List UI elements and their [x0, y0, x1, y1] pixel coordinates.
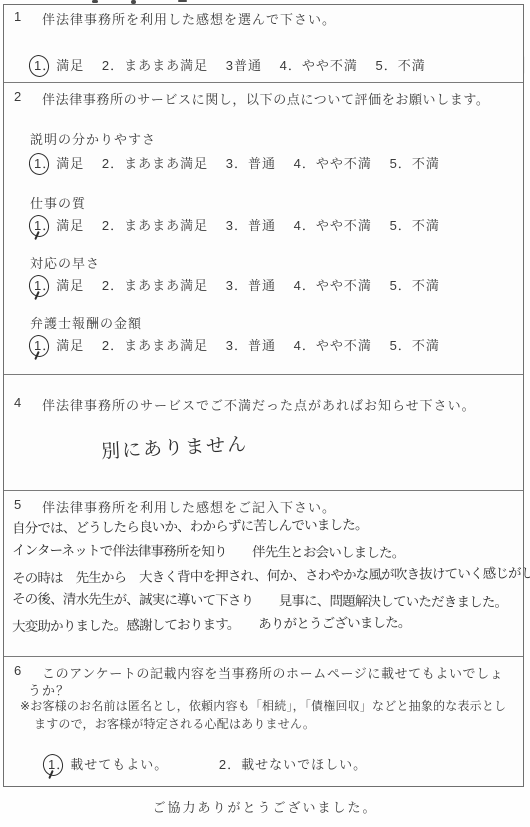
q5-handwritten-line-2: インターネットで伴法律事務所を知り 伴先生とお会いしました。	[12, 539, 405, 562]
q1-option-3-label: 普通	[234, 58, 262, 73]
q1-option-2-label: まあまあ満足	[124, 58, 208, 73]
number: 3	[226, 278, 234, 293]
q1-option-2-number: 2	[102, 58, 110, 73]
question-4-row: 4 伴法律事務所のサービスでご不満だった点があればお知らせ下さい。 別にありませ…	[4, 375, 523, 491]
scanned-survey-page: 1 伴法律事務所を利用した感想を選んで下さい。 1．満足 2．まあまあ満足 3普…	[0, 0, 530, 827]
label: やや不満	[316, 338, 372, 353]
q2-item-3-options: 1．満足 2．まあまあ満足 3．普通 4．やや不満 5．不満	[34, 275, 453, 294]
question-2-row: 2 伴法律事務所のサービスに関し，以下の点について評価をお願いします。 説明の分…	[4, 83, 523, 375]
q2-item-2-option-1: 1．満足	[34, 215, 84, 234]
sep: ．	[302, 156, 316, 171]
question-2-header: 2 伴法律事務所のサービスに関し，以下の点について評価をお願いします。	[14, 89, 490, 108]
sep: ．	[234, 156, 248, 171]
number: 2	[102, 338, 110, 353]
number: 4	[294, 278, 302, 293]
q4-handwritten-answer: 別にありません	[100, 429, 248, 464]
number: 2	[102, 218, 110, 233]
q2-item-3-option-3: 3．普通	[226, 275, 276, 294]
label: 満足	[56, 338, 84, 353]
question-2-number: 2	[14, 89, 42, 108]
q2-item-2-option-1-number-with-selection-circle: 1	[34, 218, 42, 233]
number: 5	[390, 218, 398, 233]
sep: ．	[227, 757, 241, 772]
q6-note-line2: ますので，お客様が特定される心配はありません。	[34, 715, 315, 732]
sep: ．	[398, 278, 412, 293]
question-5-number: 5	[14, 497, 42, 516]
page-edge-fragment	[178, 0, 187, 2]
q5-handwritten-line-4: その後、清水先生が、誠実に導いて下さり 見事に、問題解決していただきました。	[12, 587, 507, 610]
page-edge-fragment	[92, 0, 98, 3]
q6-option-1-number-with-selection-circle: 1	[48, 757, 56, 772]
sep: ．	[110, 338, 124, 353]
q2-item-4-option-4: 4．やや不満	[294, 335, 372, 354]
question-4-number: 4	[14, 395, 42, 414]
label: まあまあ満足	[124, 156, 208, 171]
q2-item-1-option-1-number-with-selection-circle: 1	[34, 156, 42, 171]
q2-item-3-option-1: 1．満足	[34, 275, 84, 294]
q1-option-4: 4．やや不満	[280, 55, 358, 74]
label: 普通	[248, 218, 276, 233]
question-2-title: 伴法律事務所のサービスに関し，以下の点について評価をお願いします。	[42, 89, 490, 108]
q1-option-4-number: 4	[280, 58, 288, 73]
label: やや不満	[316, 278, 372, 293]
q1-option-5: 5．不満	[376, 55, 426, 74]
q2-item-4-options: 1．満足 2．まあまあ満足 3．普通 4．やや不満 5．不満	[34, 335, 453, 354]
label: 普通	[248, 156, 276, 171]
q2-item-1-option-5: 5．不満	[390, 153, 440, 172]
sep: ．	[110, 218, 124, 233]
sep: ．	[110, 156, 124, 171]
q1-option-5-number: 5	[376, 58, 384, 73]
question-6-title-line1: このアンケートの記載内容を当事務所のホームページに載せてもよいでしょ	[42, 663, 503, 682]
sep: ．	[302, 338, 316, 353]
q2-item-4-option-2: 2．まあまあ満足	[102, 335, 208, 354]
q1-option-4-sep: ．	[288, 58, 302, 73]
sep: ．	[302, 278, 316, 293]
label: 普通	[248, 338, 276, 353]
q1-option-5-sep: ．	[384, 58, 398, 73]
number: 3	[226, 218, 234, 233]
question-6-options: 1．載せてもよい。 2．載せないでほしい。	[48, 754, 380, 773]
label: やや不満	[316, 156, 372, 171]
number: 5	[390, 338, 398, 353]
q2-item-2-options: 1．満足 2．まあまあ満足 3．普通 4．やや不満 5．不満	[34, 215, 453, 234]
number: 3	[226, 338, 234, 353]
sep: ．	[398, 156, 412, 171]
number: 2	[219, 757, 227, 772]
q2-item-2-option-5: 5．不満	[390, 215, 440, 234]
q2-item-4-option-1: 1．満足	[34, 335, 84, 354]
closing-thanks-text: ご協力ありがとうございました。	[0, 797, 530, 816]
number: 4	[294, 218, 302, 233]
label: 載せてもよい。	[70, 757, 168, 772]
label: 不満	[412, 218, 440, 233]
question-1-row: 1 伴法律事務所を利用した感想を選んで下さい。 1．満足 2．まあまあ満足 3普…	[4, 5, 523, 83]
q2-item-3-option-2: 2．まあまあ満足	[102, 275, 208, 294]
q2-item-2-label: 仕事の質	[30, 193, 86, 212]
q2-item-1-option-1: 1．満足	[34, 153, 84, 172]
number: 2	[102, 156, 110, 171]
q2-item-3-label: 対応の早さ	[30, 253, 100, 272]
q6-option-2: 2．載せないでほしい。	[219, 754, 367, 773]
q2-item-1-label: 説明の分かりやすさ	[30, 129, 156, 148]
label: まあまあ満足	[124, 338, 208, 353]
q1-option-1-label: 満足	[56, 58, 84, 73]
q1-option-1: 1．満足	[34, 55, 84, 74]
q2-item-3-option-5: 5．不満	[390, 275, 440, 294]
q1-option-2-sep: ．	[110, 58, 124, 73]
question-4-header: 4 伴法律事務所のサービスでご不満だった点があればお知らせ下さい。	[14, 395, 476, 414]
sep: ．	[398, 338, 412, 353]
label: 普通	[248, 278, 276, 293]
q2-item-3-option-4: 4．やや不満	[294, 275, 372, 294]
q2-item-4-option-5: 5．不満	[390, 335, 440, 354]
q6-note-line1: ※お客様のお名前は匿名とし，依頼内容も「相続」，「債権回収」などと抽象的な表示と…	[20, 697, 506, 714]
label: 不満	[412, 156, 440, 171]
question-4-title: 伴法律事務所のサービスでご不満だった点があればお知らせ下さい。	[42, 395, 476, 414]
q2-item-1-option-3: 3．普通	[226, 153, 276, 172]
q5-handwritten-line-1: 自分では、どうしたら良いか、わからずに苦しんでいました。	[12, 513, 368, 537]
question-6-header: 6 このアンケートの記載内容を当事務所のホームページに載せてもよいでしょ	[14, 663, 503, 682]
sep: ．	[110, 278, 124, 293]
number: 3	[226, 156, 234, 171]
label: まあまあ満足	[124, 218, 208, 233]
question-5-row: 5 伴法律事務所を利用した感想をご記入下さい。 自分では、どうしたら良いか、わか…	[4, 491, 523, 657]
label: 不満	[412, 338, 440, 353]
q2-item-2-option-3: 3．普通	[226, 215, 276, 234]
q2-item-3-option-1-number-with-selection-circle: 1	[34, 278, 42, 293]
q2-item-1-options: 1．満足 2．まあまあ満足 3．普通 4．やや不満 5．不満	[34, 153, 453, 172]
question-1-options: 1．満足 2．まあまあ満足 3普通 4．やや不満 5．不満	[34, 55, 439, 74]
number: 5	[390, 278, 398, 293]
label: 満足	[56, 218, 84, 233]
question-1-number: 1	[14, 9, 42, 28]
question-1-header: 1 伴法律事務所を利用した感想を選んで下さい。	[14, 9, 336, 28]
q2-item-1-option-4: 4．やや不満	[294, 153, 372, 172]
q1-option-3-number: 3	[226, 58, 234, 73]
q1-option-2: 2．まあまあ満足	[102, 55, 208, 74]
sep: ．	[234, 218, 248, 233]
q1-option-4-label: やや不満	[302, 58, 358, 73]
label: やや不満	[316, 218, 372, 233]
survey-table: 1 伴法律事務所を利用した感想を選んで下さい。 1．満足 2．まあまあ満足 3普…	[3, 4, 524, 787]
q2-item-4-option-3: 3．普通	[226, 335, 276, 354]
sep: ．	[398, 218, 412, 233]
question-6-row: 6 このアンケートの記載内容を当事務所のホームページに載せてもよいでしょ うか？…	[4, 657, 523, 787]
q2-item-4-option-1-number-with-selection-circle: 1	[34, 338, 42, 353]
q6-option-1: 1．載せてもよい。	[48, 754, 168, 773]
q2-item-2-option-4: 4．やや不満	[294, 215, 372, 234]
q5-handwritten-line-3: その時は 先生から 大きく背中を押され、何か、さわやかな風が吹き抜けていく感じが…	[12, 561, 530, 587]
q1-option-5-label: 不満	[398, 58, 426, 73]
q2-item-2-option-2: 2．まあまあ満足	[102, 215, 208, 234]
question-1-title: 伴法律事務所を利用した感想を選んで下さい。	[42, 9, 336, 28]
label: 満足	[56, 156, 84, 171]
number: 5	[390, 156, 398, 171]
q2-item-4-label: 弁護士報酬の金額	[30, 313, 142, 332]
number: 4	[294, 156, 302, 171]
number: 4	[294, 338, 302, 353]
q1-option-3: 3普通	[226, 55, 262, 74]
label: まあまあ満足	[124, 278, 208, 293]
sep: ．	[234, 338, 248, 353]
label: 載せないでほしい。	[241, 757, 367, 772]
q1-option-1-number-with-selection-circle: 1	[34, 58, 42, 73]
label: 満足	[56, 278, 84, 293]
sep: ．	[302, 218, 316, 233]
sep: ．	[234, 278, 248, 293]
q2-item-1-option-2: 2．まあまあ満足	[102, 153, 208, 172]
label: 不満	[412, 278, 440, 293]
number: 2	[102, 278, 110, 293]
q5-handwritten-line-5: 大変助かりました。感謝しております。 ありがとうございました。	[12, 611, 411, 635]
